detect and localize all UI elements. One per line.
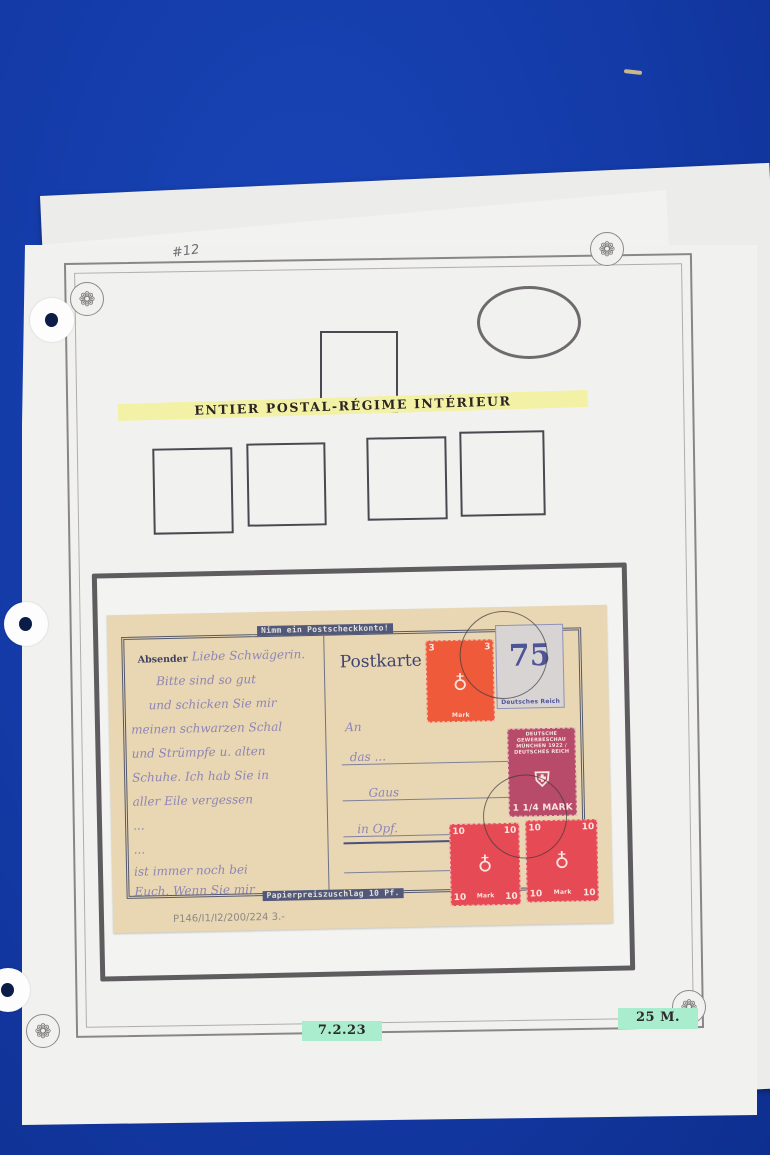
punch-hole bbox=[4, 602, 48, 646]
empty-stamp-box bbox=[246, 442, 326, 526]
posthorn-icon: ♁ bbox=[477, 854, 492, 874]
message-line: und schicken Sie mir bbox=[148, 696, 276, 713]
sender-label: Absender bbox=[138, 654, 188, 666]
message-line: ... bbox=[133, 843, 145, 857]
message-line: Euch. Wenn Sie mir bbox=[134, 882, 255, 899]
message-line: Bitte sind so gut bbox=[156, 672, 256, 688]
ornament-corner-icon: ❁ bbox=[590, 232, 624, 266]
card-bottom-banner: Papierpreiszuschlag 10 Pf. bbox=[263, 888, 404, 901]
punch-hole bbox=[30, 298, 74, 342]
empty-stamp-box bbox=[152, 447, 233, 534]
message-line: und Strümpfe u. alten bbox=[131, 744, 265, 761]
message-line: Liebe Schwägerin. bbox=[191, 647, 305, 663]
message-line: ist immer noch bei bbox=[134, 862, 248, 878]
postal-stationery-card: Nimm ein Postscheckkonto! Absender Postk… bbox=[107, 605, 614, 933]
empty-stamp-box bbox=[366, 436, 447, 520]
pencil-catalog-note: P146/I1/I2/200/224 3.- bbox=[173, 912, 285, 925]
message-line: aller Eile vergessen bbox=[132, 792, 253, 809]
lint-speck bbox=[624, 69, 642, 75]
address-line: in Opf. bbox=[357, 821, 398, 836]
date-label: 7.2.23 bbox=[302, 1021, 382, 1041]
empty-stamp-box bbox=[459, 430, 545, 516]
ornament-corner-icon: ❁ bbox=[70, 282, 104, 316]
address-line: das ... bbox=[350, 749, 387, 764]
empty-circle-box bbox=[477, 286, 581, 359]
value-label: 25 M. bbox=[618, 1008, 698, 1029]
ornament-corner-icon: ❁ bbox=[26, 1014, 60, 1048]
address-line: Gaus bbox=[368, 785, 399, 800]
address-line: An bbox=[345, 720, 362, 734]
postkarte-title: Postkarte bbox=[340, 651, 422, 673]
message-line: Schuhe. Ich hab Sie in bbox=[132, 768, 269, 785]
posthorn-icon: ♁ bbox=[554, 851, 569, 871]
message-line: ... bbox=[133, 819, 145, 833]
